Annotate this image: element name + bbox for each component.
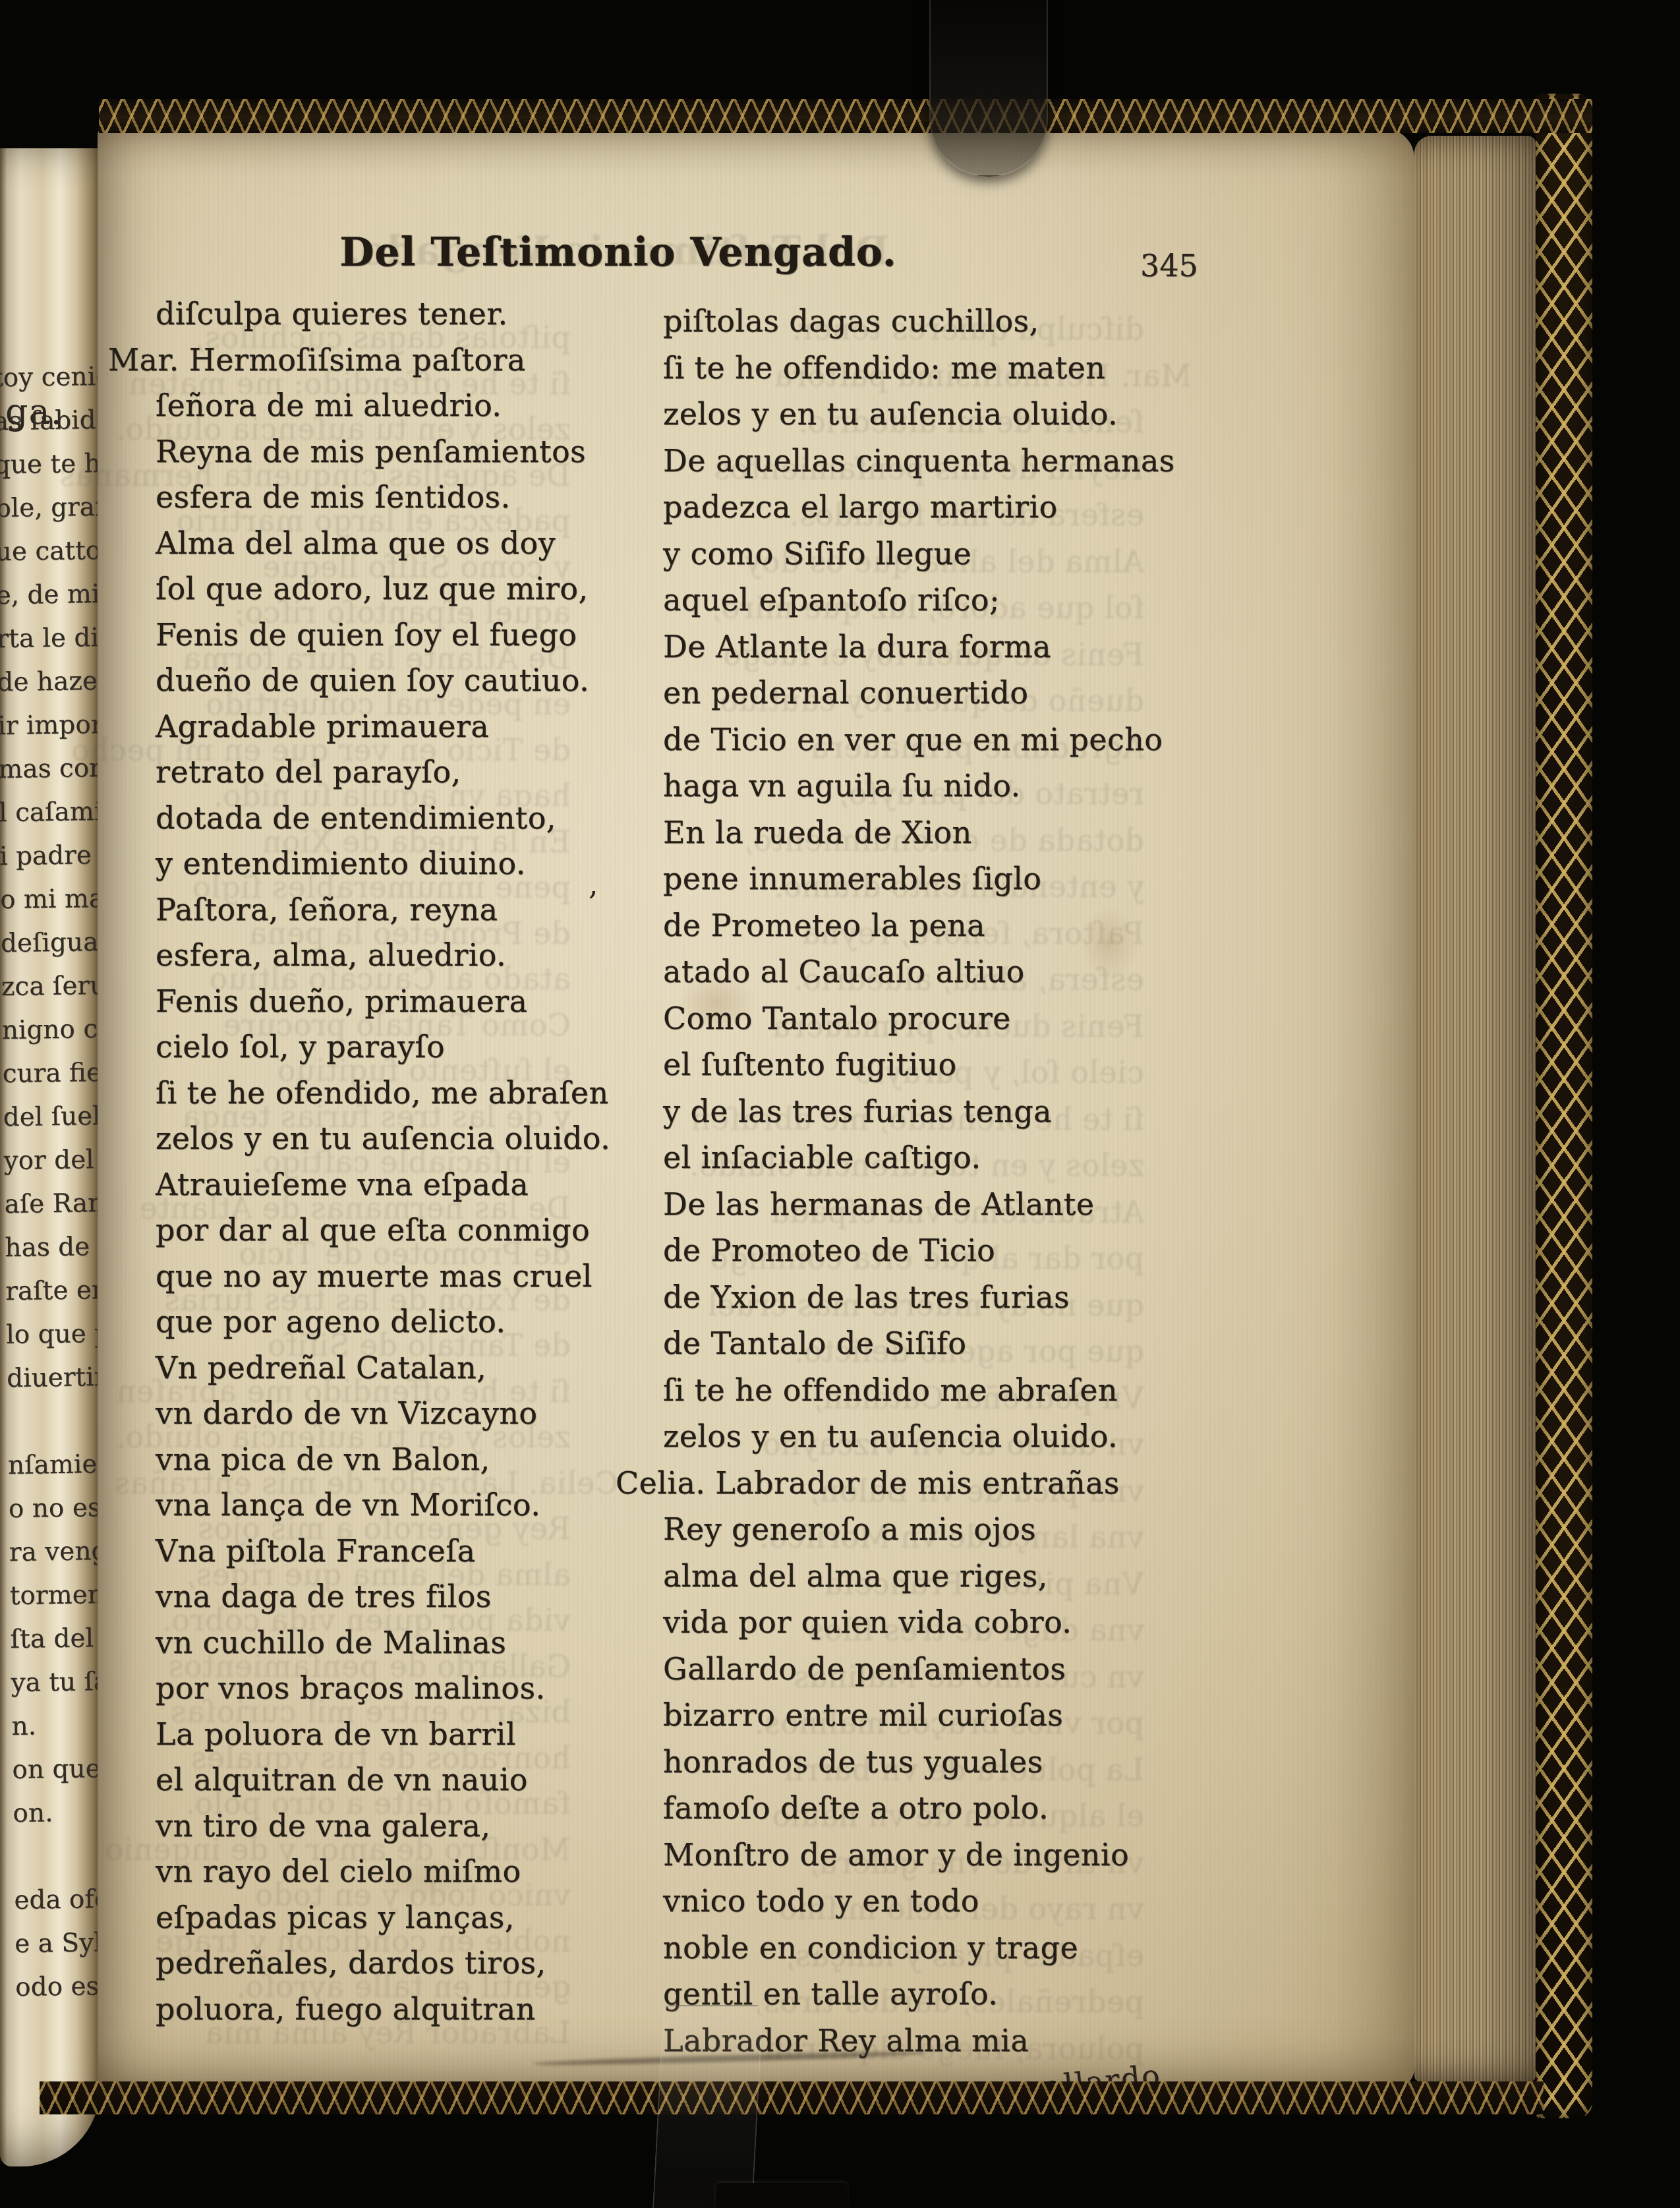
left-page-fragment-line: rta le di, — [0, 616, 96, 661]
verse-line: el alquitran de vn nauio — [108, 1757, 622, 1803]
left-page-fragment-line: as ſabido — [0, 399, 92, 444]
left-page-fragment-line: yor del ſuelo. — [3, 1138, 103, 1183]
left-page-fragment-line: ra vengarme — [9, 1530, 108, 1575]
left-page-fragment-line: on que acabes — [12, 1747, 111, 1792]
verse-line: pene innumerables ſiglo — [616, 856, 1182, 902]
verse-line: retrato del parayſo, — [108, 749, 622, 796]
verse-line: vn tiro de vna galera, — [108, 1803, 622, 1849]
verse-line: cielo ſol, y parayſo — [108, 1024, 622, 1070]
left-page-fragment-line: deſigual — [0, 921, 100, 966]
left-page-fragment-line: nigno cielo — [1, 1008, 101, 1053]
left-page-fragment-line: del ſuelo quiera — [3, 1095, 102, 1140]
verse-line: vna pica de vn Balon, — [108, 1437, 622, 1483]
verse-line: vn cuchillo de Malinas — [108, 1620, 622, 1666]
verse-line: haga vn aguila ſu nido. — [616, 763, 1182, 809]
verse-line: ſi te he offendido: me maten — [616, 345, 1182, 392]
gilt-tooled-cover-edge-bottom — [40, 2081, 1544, 2114]
verse-line: aquel eſpantoſo riſco; — [616, 577, 1182, 624]
verse-line: ſeñora de mi aluedrio. — [108, 383, 622, 429]
verse-line: zelos y en tu auſencia oluido. — [108, 1116, 622, 1162]
verse-line: esfera, alma, aluedrio. — [108, 933, 622, 979]
verse-line: Monſtro de amor y de ingenio — [616, 1832, 1182, 1878]
verse-line: eſpadas picas y lanças, — [108, 1895, 622, 1941]
verse-line: Agradable primauera — [108, 704, 622, 750]
verse-line: dueño de quien ſoy cautiuo. — [108, 658, 622, 704]
left-page-fragment-line: diuertime. — [7, 1356, 106, 1401]
left-page-fragment-line: o mi mal — [0, 877, 99, 922]
verse-line: Vna piſtola Franceſa — [108, 1528, 622, 1575]
verse-line: atado al Caucaſo altiuo — [616, 948, 1182, 995]
left-page-fragment-line: de hazer penſa — [0, 660, 96, 705]
verse-line: el ſuſtento fugitiuo — [616, 1041, 1182, 1088]
verse-line: diſculpa quieres tener. — [108, 291, 622, 337]
running-title: Del Teſtimonio Vengado. — [196, 229, 1040, 276]
verse-line: de Promoteo de Ticio — [616, 1227, 1182, 1274]
verse-line: Vn pedreñal Catalan, — [108, 1345, 622, 1391]
verse-line: De aquellas cinquenta hermanas — [616, 438, 1182, 484]
verse-line: Fenis dueño, primauera — [108, 979, 622, 1025]
verse-line: alma del alma que riges, — [616, 1553, 1182, 1600]
verse-line: Mar. Hermoſiſsima paſtora — [108, 337, 622, 384]
page-number: 345 — [1140, 248, 1198, 283]
verse-line: Como Tantalo procure — [616, 995, 1182, 1042]
verse-line: por vnos braços malinos. — [108, 1666, 622, 1712]
verse-line: En la rueda de Xion — [616, 809, 1182, 856]
verse-line: Gallardo de penſamientos — [616, 1646, 1182, 1693]
verse-line: piſtolas dagas cuchillos, — [616, 298, 1182, 345]
stray-margin-comma: , — [589, 866, 598, 902]
left-page-fragment-line: nſamiento. — [8, 1443, 107, 1488]
left-page-fragment-line: i padre pedila — [0, 834, 99, 879]
left-page-fragment-line: n. — [11, 1704, 111, 1749]
verse-line: pedreñales, dardos tiros, — [108, 1940, 622, 1987]
verse-line: Reyna de mis penſamientos — [108, 429, 622, 475]
verse-line: de Ticio en ver que en mi pecho — [616, 716, 1182, 763]
verse-line: y como Siſifo llegue — [616, 531, 1182, 577]
text-block-fore-edge — [1414, 136, 1536, 2081]
verse-line: en pedernal conuertido — [616, 670, 1182, 716]
verse-line: vnico todo y en todo — [616, 1878, 1182, 1925]
verse-line: de Tantalo de Siſifo — [616, 1320, 1182, 1367]
left-page-fragment-line: toy cenido — [0, 355, 92, 400]
verse-line: vn rayo del cielo miſmo — [108, 1849, 622, 1895]
verse-line: famoſo deſte a otro polo. — [616, 1785, 1182, 1832]
left-page-fragment-line: ue catto el deſſe — [0, 529, 94, 574]
verse-line: de Prometeo la pena — [616, 902, 1182, 949]
left-page-fragment-line: has de dezirme — [5, 1225, 104, 1270]
verse-column-right: piſtolas dagas cuchillos,ſi te he offend… — [616, 298, 1182, 2064]
verse-line: ſi te he offendido me abraſen — [616, 1367, 1182, 1414]
left-page-fragment-line: zca ſeruilla. — [1, 964, 100, 1009]
verse-line: noble en condicion y trage — [616, 1925, 1182, 1971]
page-holder-clip-top — [929, 0, 1048, 177]
verse-line: de Yxion de las tres furias — [616, 1274, 1182, 1321]
gilt-tooled-cover-edge-top — [99, 99, 1592, 133]
verse-line: honrados de tus yguales — [616, 1739, 1182, 1786]
verse-line: vn dardo de vn Vizcayno — [108, 1391, 622, 1437]
verse-line: Fenis de quien ſoy el fuego — [108, 612, 622, 658]
left-page-fragment-line — [7, 1399, 107, 1444]
page-holder-clip-bottom — [652, 2005, 763, 2208]
left-page-fragment-line: l caſamiento, — [0, 790, 98, 835]
verse-line: De Atlante la dura forma — [616, 624, 1182, 670]
gilt-tooled-cover-edge-right — [1536, 94, 1592, 2118]
verse-line: Atrauieſeme vna eſpada — [108, 1162, 622, 1208]
verse-line: Rey generoſo a mis ojos — [616, 1506, 1182, 1553]
verse-line: esfera de mis ſentidos. — [108, 475, 622, 521]
verse-line: zelos y en tu auſencia oluido. — [616, 1413, 1182, 1460]
verse-line: que no ay muerte mas cruel — [108, 1254, 622, 1300]
verse-line: poluora, fuego alquitran — [108, 1987, 622, 2033]
verse-line: vna daga de tres filos — [108, 1574, 622, 1620]
verse-line: Paſtora, ſeñora, reyna — [108, 887, 622, 933]
verse-line: dotada de entendimiento, — [108, 796, 622, 842]
verse-line: bizarro entre mil curioſas — [616, 1692, 1182, 1739]
verse-line: padezca el largo martirio — [616, 484, 1182, 531]
left-page-fragment-line: ya tu ſabes, — [11, 1660, 110, 1705]
verse-line: y de las tres furias tenga — [616, 1088, 1182, 1135]
verse-line: De las hermanas de Atlante — [616, 1181, 1182, 1228]
left-page-fragment-line: aſe Ramiro. — [4, 1182, 103, 1227]
verse-line: ſi te he ofendido, me abraſen — [108, 1070, 622, 1117]
verse-line: por dar al que eſta conmigo — [108, 1207, 622, 1254]
verse-line: ſol que adoro, luz que miro, — [108, 566, 622, 612]
verse-line: Celia. Labrador de mis entrañas — [616, 1460, 1182, 1507]
left-page-fragment-line: raſte en ſu caſa — [5, 1269, 105, 1314]
verse-line: vida por quien vida cobro. — [616, 1599, 1182, 1646]
left-page-fragment-line: lo que paſſa. — [6, 1312, 105, 1357]
verse-line: que por ageno delicto. — [108, 1299, 622, 1345]
verse-line: el inſaciable caſtigo. — [616, 1134, 1182, 1181]
left-page-fragment-line: e, de mi empleo — [0, 573, 95, 618]
verse-column-left: diſculpa quieres tener.Mar. Hermoſiſsima… — [108, 291, 622, 2032]
cradle-tab-bottom — [716, 2183, 848, 2208]
verse-line: y entendimiento diuino. — [108, 841, 622, 887]
verse-line: vna lança de vn Moriſco. — [108, 1482, 622, 1528]
left-page-fragment-line: cura fiera, — [2, 1051, 101, 1096]
verse-line: Alma del alma que os doy — [108, 521, 622, 567]
left-page-fragment-line: ſta del aldea — [10, 1617, 109, 1662]
left-page-fragment-line: o no es agrauia — [8, 1486, 107, 1531]
verse-line: La poluora de vn barril — [108, 1712, 622, 1758]
left-page-fragment-line: tormento — [9, 1573, 109, 1618]
book-page: Del Teſtimonio Vengado. piſtolas dagas c… — [98, 129, 1414, 2088]
photograph-of-open-book: ga. toy cenidoas ſabidoque te he hechobl… — [0, 0, 1680, 2208]
verse-line: zelos y en tu auſencia oluido. — [616, 391, 1182, 438]
